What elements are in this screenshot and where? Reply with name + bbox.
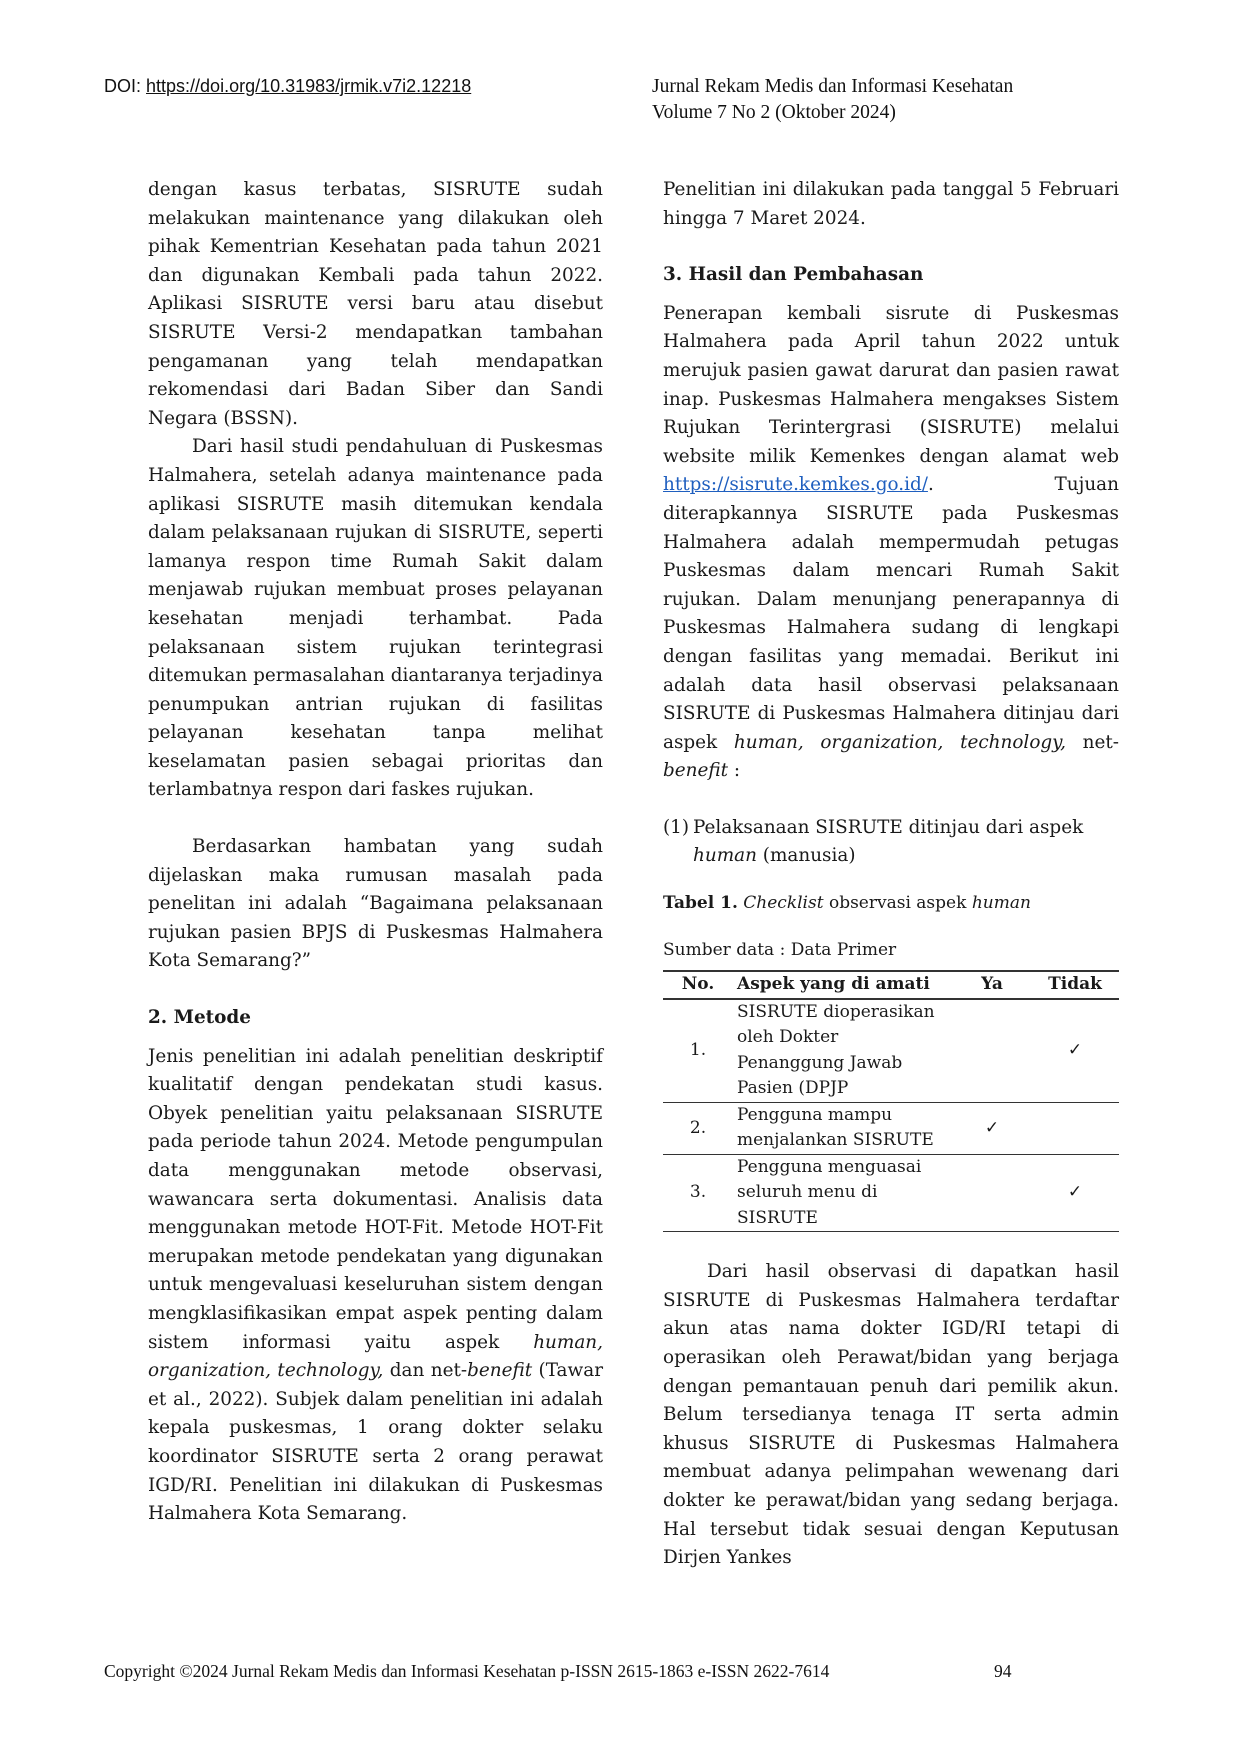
- column-header-aspek: Aspek yang di amati: [733, 971, 953, 999]
- results-paragraph: Penerapan kembali sisrute di Puskesmas H…: [663, 300, 1119, 786]
- cell-aspek: Pengguna mampu menjalankan SISRUTE: [733, 1102, 953, 1154]
- doi-label: DOI:: [104, 76, 146, 96]
- journal-volume: Volume 7 No 2 (Oktober 2024): [652, 100, 1013, 126]
- cell-ya: ✓: [953, 1102, 1031, 1154]
- cell-tidak: ✓: [1031, 1154, 1119, 1232]
- paragraph: dengan kasus terbatas, SISRUTE sudah mel…: [148, 176, 603, 433]
- page-number: 94: [994, 1661, 1012, 1682]
- observation-table: No. Aspek yang di amati Ya Tidak 1.SISRU…: [663, 970, 1119, 1232]
- cell-no: 2.: [663, 1102, 733, 1154]
- doi-link[interactable]: https://doi.org/10.31983/jrmik.v7i2.1221…: [146, 76, 471, 96]
- right-column: Penelitian ini dilakukan pada tanggal 5 …: [663, 176, 1119, 1573]
- cell-ya: [953, 1154, 1031, 1232]
- cell-ya: [953, 999, 1031, 1103]
- paragraph: Dari hasil studi pendahuluan di Puskesma…: [148, 433, 603, 805]
- cell-no: 1.: [663, 999, 733, 1103]
- column-header-no: No.: [663, 971, 733, 999]
- section-heading-hasil: 3. Hasil dan Pembahasan: [663, 261, 1119, 290]
- list-item: (1) Pelaksanaan SISRUTE ditinjau dari as…: [663, 814, 1119, 871]
- journal-title: Jurnal Rekam Medis dan Informasi Kesehat…: [652, 74, 1013, 100]
- journal-header: Jurnal Rekam Medis dan Informasi Kesehat…: [652, 74, 1013, 126]
- table-caption: Tabel 1. Checklist observasi aspek human: [663, 889, 1119, 918]
- cell-tidak: ✓: [1031, 999, 1119, 1103]
- cell-no: 3.: [663, 1154, 733, 1232]
- cell-tidak: [1031, 1102, 1119, 1154]
- section-heading-metode: 2. Metode: [148, 1004, 603, 1033]
- paragraph: Berdasarkan hambatan yang sudah dijelask…: [148, 833, 603, 976]
- column-header-tidak: Tidak: [1031, 971, 1119, 999]
- column-header-ya: Ya: [953, 971, 1031, 999]
- table-row: 3.Pengguna menguasai seluruh menu di SIS…: [663, 1154, 1119, 1232]
- list-number: (1): [663, 814, 693, 871]
- methods-paragraph: Jenis penelitian ini adalah penelitian d…: [148, 1043, 603, 1529]
- table-row: 1.SISRUTE dioperasikan oleh Dokter Penan…: [663, 999, 1119, 1103]
- cell-aspek: SISRUTE dioperasikan oleh Dokter Penangg…: [733, 999, 953, 1103]
- sisrute-link[interactable]: https://sisrute.kemkes.go.id/: [663, 474, 928, 495]
- paragraph: Penelitian ini dilakukan pada tanggal 5 …: [663, 176, 1119, 233]
- table-source: Sumber data : Data Primer: [663, 936, 1119, 965]
- doi-header: DOI: https://doi.org/10.31983/jrmik.v7i2…: [104, 76, 471, 97]
- paragraph: Dari hasil observasi di dapatkan hasil S…: [663, 1258, 1119, 1573]
- table-row: 2.Pengguna mampu menjalankan SISRUTE✓: [663, 1102, 1119, 1154]
- cell-aspek: Pengguna menguasai seluruh menu di SISRU…: [733, 1154, 953, 1232]
- left-column: dengan kasus terbatas, SISRUTE sudah mel…: [148, 176, 603, 1529]
- copyright-footer: Copyright ©2024 Jurnal Rekam Medis dan I…: [104, 1661, 829, 1682]
